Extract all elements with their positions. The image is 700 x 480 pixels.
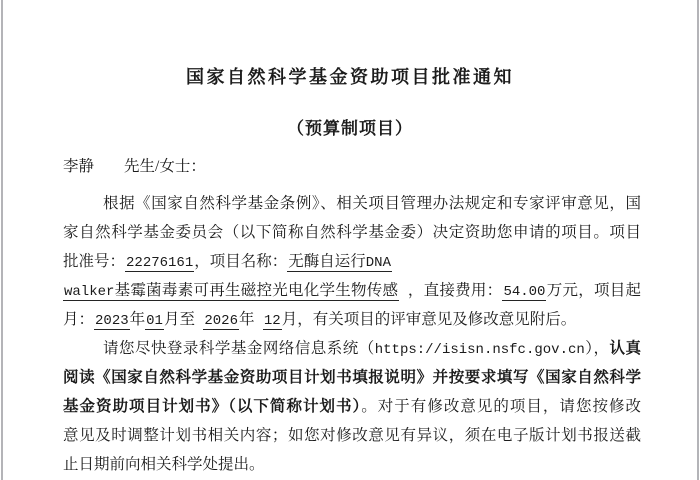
text-segment: 请您尽快登录科学基金网络信息系统（https://isisn.nsfc.gov.… (103, 340, 609, 357)
text-segment: 止日期前向相关科学处提出。 (63, 456, 265, 473)
cjk-text: 请您尽快登录科学基金网络信息系统（ (103, 340, 375, 357)
text-line: 月：2023年01月至 2026年 12月，有关项目的评审意见及修改意见附后。 (63, 305, 641, 334)
text-line: 意见及时调整计划书相关内容；如您对修改意见有异议，须在电子版计划书报送截 (63, 421, 641, 450)
cjk-text: ，项目名称： (194, 253, 287, 270)
text-segment: 月： (63, 311, 94, 328)
underlined-value: 无酶自运行DNA (287, 253, 392, 272)
text-segment: 根据《国家自然科学基金条例》、相关项目管理办法规定和专家评审意见，国 (103, 195, 641, 212)
cjk-text: 阅读《国家自然科学基金资助项目计划书填报说明》并按要求填写《国家自然科学 (63, 369, 641, 386)
document-body: 李静先生/女士： 根据《国家自然科学基金条例》、相关项目管理办法规定和专家评审意… (63, 152, 641, 479)
emphasis-text: 认真 (609, 340, 640, 357)
latin-text: 12 (264, 313, 281, 329)
text-line: 止日期前向相关科学处提出。 (63, 450, 641, 479)
latin-text: walker (64, 284, 114, 300)
cjk-text: 基金资助项目计划书》（以下简称计划书） (63, 398, 361, 415)
emphasis-text: 阅读《国家自然科学基金资助项目计划书填报说明》并按要求填写《国家自然科学 (63, 369, 641, 386)
latin-text: 22276161 (126, 255, 193, 271)
underlined-value: 2026 (203, 311, 239, 330)
latin-text: 2026 (204, 313, 238, 329)
emphasis-text: 基金资助项目计划书》（以下简称计划书） (63, 398, 361, 415)
latin-text (399, 284, 408, 300)
text-segment: ，项目名称： (194, 253, 287, 270)
text-segment: 月至 (164, 311, 203, 328)
underlined-value: 2023 (94, 311, 130, 330)
cjk-text: ，直接费用： (408, 282, 503, 299)
latin-text: 01 (146, 313, 163, 329)
text-line: 家自然科学基金委员会（以下简称自然科学基金委）决定资助您申请的项目。项目 (63, 218, 641, 247)
underlined-value: walker基霉菌毒素可再生磁控光电化学生物传感 (63, 282, 399, 301)
text-line: 根据《国家自然科学基金条例》、相关项目管理办法规定和专家评审意见，国 (63, 189, 641, 218)
cjk-text: 年 (239, 311, 255, 328)
text-segment: 意见及时调整计划书相关内容；如您对修改意见有异议，须在电子版计划书报送截 (63, 427, 641, 444)
paragraph: 根据《国家自然科学基金条例》、相关项目管理办法规定和专家评审意见，国家自然科学基… (63, 189, 641, 334)
latin-text: 2023 (95, 313, 129, 329)
text-segment: 年 (130, 311, 146, 328)
text-line: 阅读《国家自然科学基金资助项目计划书填报说明》并按要求填写《国家自然科学 (63, 363, 641, 392)
cjk-text: 无酶自运行 (288, 253, 366, 270)
text-line: 请您尽快登录科学基金网络信息系统（https://isisn.nsfc.gov.… (63, 334, 641, 363)
greeting: 李静先生/女士： (63, 152, 641, 181)
text-segment: 月，有关项目的评审意见及修改意见附后。 (282, 311, 577, 328)
document-title: 国家自然科学基金资助项目批准通知 (0, 63, 700, 89)
underlined-value: 54.00 (502, 282, 546, 301)
cjk-text: 月： (63, 311, 94, 328)
text-segment: 年 (239, 311, 263, 328)
text-line: 基金资助项目计划书》（以下简称计划书）。对于有修改意见的项目，请您按修改 (63, 392, 641, 421)
cjk-text: 家自然科学基金委员会（以下简称自然科学基金委）决定资助您申请的项目。项目 (63, 224, 641, 241)
text-segment: 家自然科学基金委员会（以下简称自然科学基金委）决定资助您申请的项目。项目 (63, 224, 641, 241)
text-segment: 。对于有修改意见的项目，请您按修改 (361, 398, 641, 415)
cjk-text: 批准号： (63, 253, 125, 270)
latin-text: 54.00 (503, 284, 545, 300)
cjk-text: 月至 (164, 311, 195, 328)
salutation: 先生/女士： (124, 158, 206, 175)
cjk-text: 基霉菌毒素可再生磁控光电化学生物传感 (114, 282, 398, 299)
cjk-text: 月，有关项目的评审意见及修改意见附后。 (282, 311, 577, 328)
text-segment: ，直接费用： (399, 282, 502, 299)
recipient-name: 李静 (63, 158, 94, 175)
text-line: walker基霉菌毒素可再生磁控光电化学生物传感 ，直接费用：54.00万元，项… (63, 276, 641, 305)
cjk-text: 根据《国家自然科学基金条例》、相关项目管理办法规定和专家评审意见，国 (103, 195, 641, 212)
latin-text (255, 313, 263, 329)
cjk-text: 。对于有修改意见的项目，请您按修改 (361, 398, 641, 415)
paragraph: 请您尽快登录科学基金网络信息系统（https://isisn.nsfc.gov.… (63, 334, 641, 479)
document-page: 国家自然科学基金资助项目批准通知 （预算制项目） 李静先生/女士： 根据《国家自… (0, 0, 700, 480)
cjk-text: ）， (585, 340, 610, 357)
text-segment: 批准号： (63, 253, 125, 270)
text-line: 批准号：22276161，项目名称：无酶自运行DNA (63, 247, 641, 276)
underlined-value: 12 (263, 311, 282, 330)
latin-text: DNA (366, 255, 391, 271)
document-subtitle: （预算制项目） (0, 114, 700, 139)
underlined-value: 01 (145, 311, 164, 330)
cjk-text: 认真 (609, 340, 640, 357)
cjk-text: 意见及时调整计划书相关内容；如您对修改意见有异议，须在电子版计划书报送截 (63, 427, 641, 444)
cjk-text: 年 (130, 311, 146, 328)
latin-text: https://isisn.nsfc.gov.cn (375, 342, 585, 358)
underlined-value: 22276161 (125, 253, 194, 272)
cjk-text: 止日期前向相关科学处提出。 (63, 456, 265, 473)
